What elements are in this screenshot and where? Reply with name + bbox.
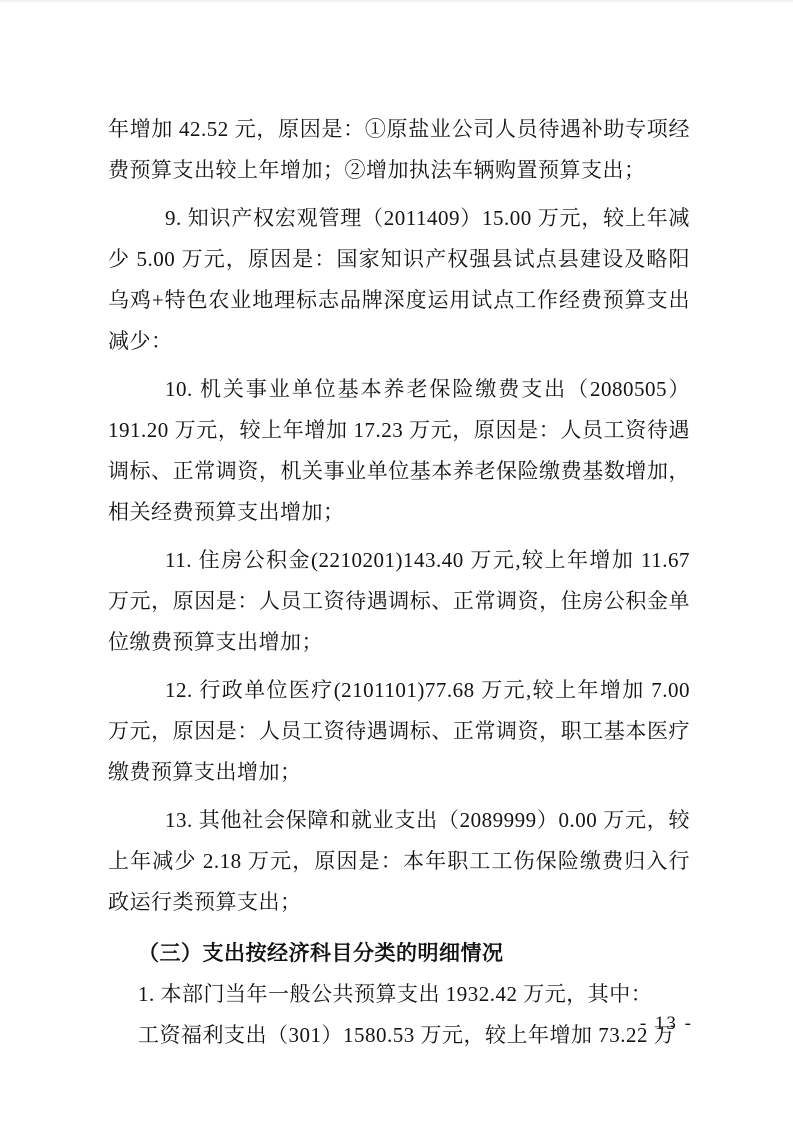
body-paragraph-continuation: 年增加 42.52 元，原因是：①原盐业公司人员待遇补助专项经费预算支出较上年增… xyxy=(108,109,690,191)
section-heading: （三）支出按经济科目分类的明细情况 xyxy=(108,933,690,974)
numbered-paragraph-10: 10. 机关事业单位基本养老保险缴费支出（2080505）191.20 万元，较… xyxy=(108,369,690,533)
numbered-paragraph-1: 1. 本部门当年一般公共预算支出 1932.42 万元，其中： xyxy=(108,974,690,1015)
numbered-paragraph-13: 13. 其他社会保障和就业支出（2089999）0.00 万元，较上年减少 2.… xyxy=(108,800,690,923)
body-paragraph-truncated: 工资福利支出（301）1580.53 万元，较上年增加 73.22 万 xyxy=(108,1015,690,1056)
document-body: 年增加 42.52 元，原因是：①原盐业公司人员待遇补助专项经费预算支出较上年增… xyxy=(108,109,690,1056)
numbered-paragraph-9: 9. 知识产权宏观管理（2011409）15.00 万元，较上年减少 5.00 … xyxy=(108,198,690,362)
document-page: 年增加 42.52 元，原因是：①原盐业公司人员待遇补助专项经费预算支出较上年增… xyxy=(0,0,793,1122)
page-number: - 13 - xyxy=(640,1010,693,1038)
numbered-paragraph-12: 12. 行政单位医疗(2101101)77.68 万元,较上年增加 7.00 万… xyxy=(108,670,690,793)
numbered-paragraph-11: 11. 住房公积金(2210201)143.40 万元,较上年增加 11.67 … xyxy=(108,540,690,663)
